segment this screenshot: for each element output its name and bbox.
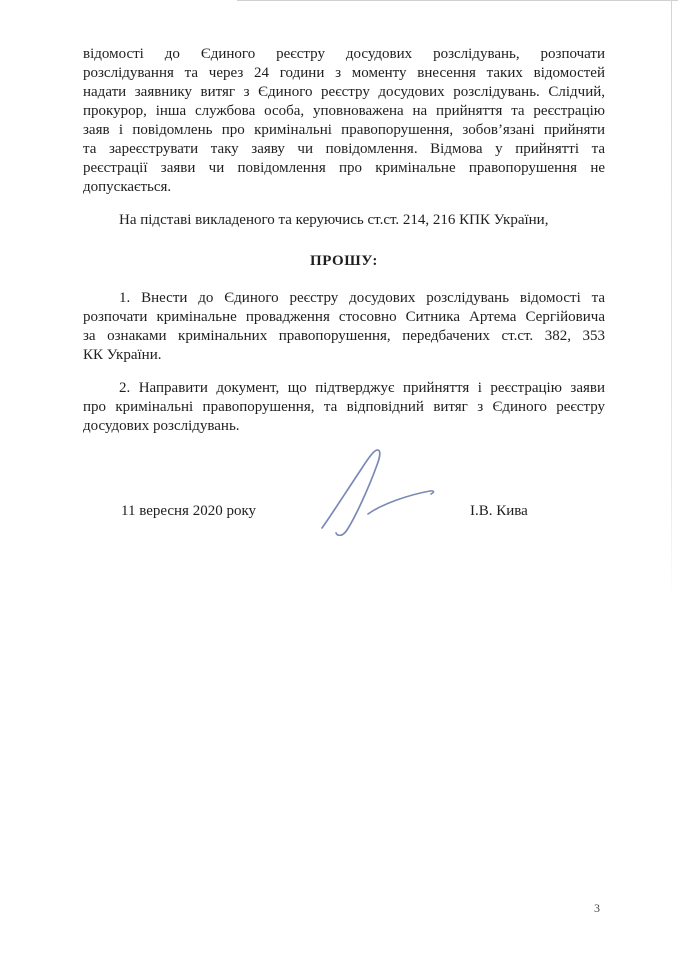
- signatory-name: І.В. Кива: [470, 503, 528, 520]
- text-line: розслідування та через 24 години з момен…: [83, 64, 605, 83]
- signature-stroke-loop: [322, 450, 380, 535]
- document-page: відомості до Єдиного реєстру досудових р…: [0, 0, 678, 960]
- text-line: відомості до Єдиного реєстру досудових р…: [83, 45, 605, 64]
- text-line: досудових розслідувань.: [83, 417, 605, 436]
- signature-row: 11 вересня 2020 року І.В. Кива: [83, 503, 605, 522]
- document-date: 11 вересня 2020 року: [121, 503, 256, 520]
- text-line: реєстрації заяви чи повідомлення про кри…: [83, 159, 605, 178]
- text-line: та зареєструвати таку заяву чи повідомле…: [83, 140, 605, 159]
- text-line: заяв і повідомлень про кримінальні право…: [83, 121, 605, 140]
- text-line: КК України.: [83, 346, 605, 365]
- text-line: прокурор, інша службова особа, уповноваж…: [83, 102, 605, 121]
- page-number: 3: [594, 901, 600, 916]
- paragraph-legal-basis: На підставі викладеного та керуючись ст.…: [83, 211, 605, 230]
- text-line: допускається.: [83, 178, 605, 197]
- paragraph-continuation: відомості до Єдиного реєстру досудових р…: [83, 45, 605, 197]
- paragraph-request-item-1: 1. Внести до Єдиного реєстру досудових р…: [83, 289, 605, 365]
- text-line: про кримінальні правопорушення, та відпо…: [83, 398, 605, 417]
- handwritten-signature: [312, 444, 440, 536]
- text-line: 1. Внести до Єдиного реєстру досудових р…: [83, 289, 605, 308]
- request-heading: ПРОШУ:: [83, 252, 605, 271]
- text-line: за ознаками кримінальних правопорушення,…: [83, 327, 605, 346]
- text-line: розпочати кримінальне провадження стосов…: [83, 308, 605, 327]
- scan-edge-top-artifact: [237, 0, 678, 1]
- text-line: надати заявнику витяг з Єдиного реєстру …: [83, 83, 605, 102]
- text-line: На підставі викладеного та керуючись ст.…: [83, 211, 605, 230]
- document-body: відомості до Єдиного реєстру досудових р…: [83, 45, 605, 436]
- paragraph-request-item-2: 2. Направити документ, що підтверджує пр…: [83, 379, 605, 436]
- scan-edge-right-artifact: [671, 0, 672, 600]
- text-line: 2. Направити документ, що підтверджує пр…: [83, 379, 605, 398]
